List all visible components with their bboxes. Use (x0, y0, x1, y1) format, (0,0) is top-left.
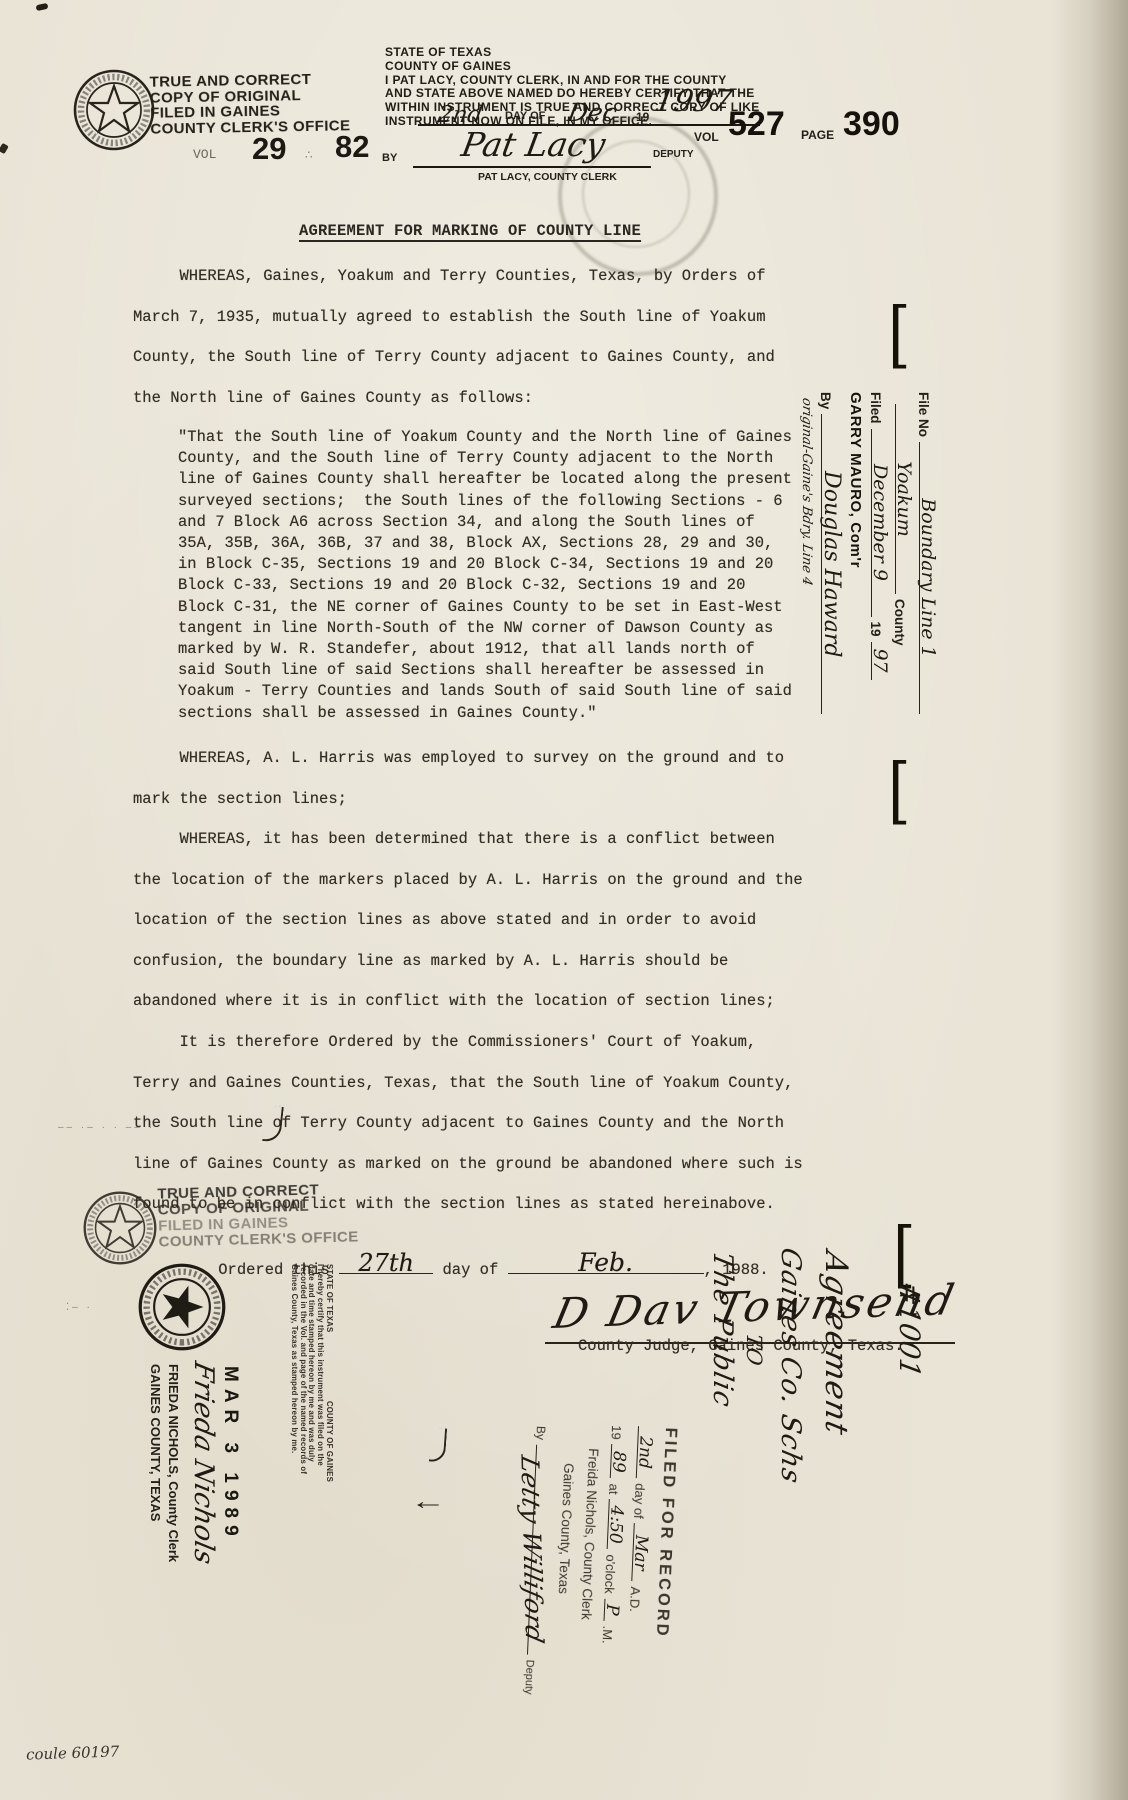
stamp-noise: ∴ (305, 148, 316, 162)
handwritten-by-name: Douglas Haward (819, 471, 844, 657)
handwritten-party-from: Gaines Co. Schs (775, 1245, 806, 1487)
margin-bracket-icon: [ (888, 748, 911, 833)
stamp-line: COUNTY OF GAINES (385, 60, 760, 74)
handwritten-party-to: The Public (707, 1249, 738, 1411)
file-no-blank: Boundary Line 1 (919, 442, 936, 714)
right-margin-filing-block: File No Boundary Line 1 Yoakum County Fi… (788, 392, 936, 744)
ordered-mid: day of (442, 1261, 498, 1279)
pencil-dashes: ⁚– · (66, 1302, 93, 1313)
frieda-nichols-signature: Frieda Nichols (188, 1359, 219, 1567)
date-received-stamp: MAR 3 1989 (219, 1366, 241, 1543)
county-seal-icon (72, 68, 156, 152)
blockquote: "That the South line of Yoakum County an… (178, 427, 792, 724)
county-label: County (892, 599, 907, 646)
day-of-label: day of (631, 1483, 648, 1519)
year-prefix: 19 (868, 622, 883, 637)
handwritten-filed-date: December 9 (869, 464, 891, 581)
commissioner-line: GARRY MAURO, Com'r (847, 392, 864, 568)
handwritten-feb: Feb. (578, 1253, 633, 1273)
filed-for-record-title: FILED FOR RECORD (652, 1427, 680, 1639)
corner-archive-note: coule 60197 (26, 1742, 120, 1763)
day-of-label: DAY OF (505, 110, 545, 122)
county-seal-icon (82, 1190, 158, 1266)
stamp-line: COUNTY CLERK'S OFFICE (150, 118, 350, 137)
ad-label: A.D. (627, 1586, 643, 1612)
year-prefix: 19 (608, 1425, 624, 1440)
pencil-dashes: –– ·– · · –– · (58, 1122, 155, 1133)
handwritten-agreement: Agreement (818, 1248, 854, 1439)
document-title: AGREEMENT FOR MARKING OF COUNTY LINE (299, 222, 641, 240)
handwritten-file-no: Boundary Line 1 (917, 498, 939, 658)
by-blank: Douglas Haward (821, 414, 840, 714)
county-blank: Yoakum (895, 404, 912, 594)
cert-body: I hereby certify that this instrument wa… (289, 1264, 324, 1482)
vol-number: 29 (252, 131, 286, 167)
vol-label: VOL (193, 147, 216, 162)
filed-for-record-stamp: FILED FOR RECORD 2nd day of Mar A.D. 19 … (504, 1421, 680, 1763)
meridiem-blank: P (604, 1599, 621, 1622)
by-label: BY (382, 152, 397, 164)
handwritten-meridiem: P (602, 1604, 622, 1616)
handwritten-month: Mar (630, 1535, 652, 1572)
month-blank: Feb. (508, 1273, 704, 1274)
by-label: By (818, 392, 833, 409)
year-blank: 89 (610, 1444, 627, 1479)
true-and-correct-stamp-bottom: TRUE AND CORRECT COPY OF ORIGINAL FILED … (157, 1181, 359, 1250)
paragraph-1: WHEREAS, Gaines, Yoakum and Terry Counti… (133, 256, 775, 418)
handwritten-time: 4:50 (605, 1505, 627, 1544)
filed-date-blank: December 9 (871, 429, 888, 617)
paragraph-3: WHEREAS, it has been determined that the… (133, 819, 803, 1022)
pen-hook-mark (429, 1427, 447, 1462)
scanned-document-page: TRUE AND CORRECT COPY OF ORIGINAL FILED … (0, 0, 1128, 1800)
recorder-certification-text: STATE OF TEXAS COUNTY OF GAINES I hereby… (289, 1264, 333, 1482)
handwritten-27th: 27th (358, 1253, 414, 1273)
by-label: By (533, 1426, 548, 1441)
oclock-label: o'clock (602, 1554, 619, 1594)
day-blank: 27th (339, 1273, 433, 1274)
page-number: 82 (335, 129, 369, 165)
cert-county: COUNTY OF GAINES (324, 1401, 333, 1482)
time-blank: 4:50 (607, 1499, 625, 1550)
at-label: at (606, 1483, 621, 1494)
handwritten-year: 89 (608, 1451, 629, 1473)
page-number: 390 (843, 105, 900, 144)
scan-speck (0, 143, 9, 154)
month-blank: Mar (631, 1523, 650, 1582)
filed-label: Filed (868, 392, 883, 424)
deputy-signature: Letty Williford (515, 1453, 548, 1646)
clerk-name-line: FRIEDA NICHOLS, County Clerk (166, 1364, 181, 1562)
margin-bracket-icon: [ (888, 292, 911, 377)
paragraph-2: WHEREAS, A. L. Harris was employed to su… (133, 738, 784, 819)
handwritten-original-note: original-Gaine's Bdry. Line 4 (799, 397, 814, 587)
handwritten-number: #1001 (893, 1279, 926, 1380)
true-and-correct-stamp: TRUE AND CORRECT COPY OF ORIGINAL FILED … (149, 71, 350, 137)
left-arrow-mark: ← (410, 1488, 446, 1516)
page-label: PAGE (801, 128, 834, 142)
vol-number: 527 (728, 105, 785, 144)
county-seal-icon (137, 1262, 227, 1352)
file-no-label: File No (916, 392, 931, 437)
scan-speck (36, 3, 49, 11)
clerk-county-line: GAINES COUNTY, TEXAS (148, 1364, 163, 1521)
m-label: .M. (600, 1625, 616, 1644)
scan-edge-shadow (1050, 0, 1128, 1800)
handwritten-to: TO (742, 1332, 766, 1367)
cert-state: STATE OF TEXAS (324, 1264, 333, 1332)
stamp-line: STATE OF TEXAS (385, 46, 760, 60)
handwritten-year: 1997 (652, 84, 735, 119)
deputy-label: Deputy (522, 1659, 536, 1694)
recorder-filing-block: STATE OF TEXAS COUNTY OF GAINES I hereby… (128, 1262, 333, 1702)
handwritten-day: 2nd (634, 1436, 655, 1469)
day-blank: 2nd (636, 1426, 654, 1479)
year-blank: 97 (871, 642, 888, 680)
handwritten-county: Yoakum (893, 461, 915, 536)
handwritten-year: 97 (869, 648, 891, 672)
index-note-block: #1001 Agreement Gaines Co. Schs TO The P… (695, 1238, 940, 1568)
